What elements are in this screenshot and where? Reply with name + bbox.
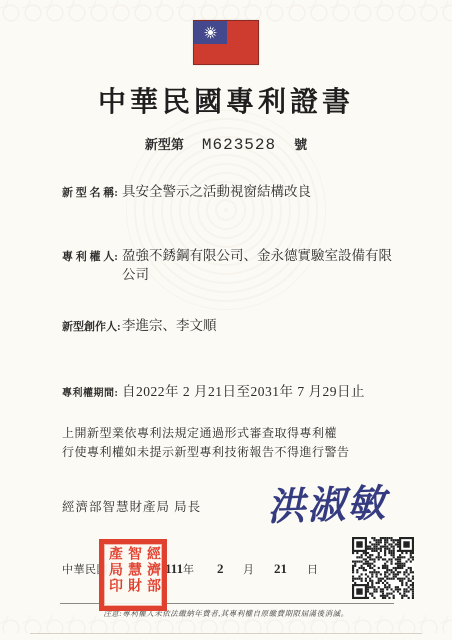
roc-flag-icon (193, 20, 259, 65)
patent-number-row: 新型第 M623528 號 (0, 134, 452, 154)
patent-number-suffix: 號 (294, 134, 307, 153)
field-patent-term: 專利權期間: 自2022年 2 月21日至2031年 7 月29日止 (62, 382, 398, 401)
date-month: 2 (217, 561, 224, 577)
patent-number-prefix: 新型第 (145, 134, 184, 153)
qr-code-icon (352, 537, 414, 599)
date-year-unit: 年 (183, 561, 194, 577)
field-invention-name: 新 型 名 稱: 具安全警示之活動視窗結構改良 (62, 182, 398, 201)
patent-certificate-page: { "certificate": { "title": "中華民國專利證書", … (0, 0, 452, 640)
legal-statement: 上開新型業依專利法規定通過形式審查取得專利權 行使專利權如未提示新型專利技術報告… (62, 424, 402, 462)
field-label: 新 型 名 稱: (62, 182, 122, 201)
field-label: 新型創作人: (62, 316, 122, 335)
field-value: 盈強不銹鋼有限公司、金永德實驗室設備有限公司 (122, 246, 398, 284)
field-patentee: 專 利 權 人: 盈強不銹鋼有限公司、金永德實驗室設備有限公司 (62, 246, 398, 284)
date-month-unit: 月 (243, 561, 254, 577)
seal-column-middle: 智慧財 (126, 546, 140, 604)
patent-number: M623528 (202, 136, 276, 154)
field-value: 自2022年 2 月21日至2031年 7 月29日止 (122, 382, 365, 401)
legal-line-2: 行使專利權如未提示新型專利技術報告不得進行警告 (62, 443, 402, 462)
date-day: 21 (274, 561, 287, 577)
certificate-title: 中華民國專利證書 (0, 80, 452, 120)
field-label: 專利權期間: (62, 382, 122, 401)
issuer-title: 經濟部智慧財產局 局長 (62, 497, 201, 515)
date-day-unit: 日 (307, 561, 318, 577)
field-value: 李進宗、李文順 (122, 316, 217, 335)
footer-note: 注意:專利權人未依法繳納年費者,其專利權自原繳費期限屆滿後消滅。 (0, 608, 452, 619)
director-general-signature: 洪淑敏 (251, 471, 403, 531)
field-label: 專 利 權 人: (62, 246, 122, 284)
field-value: 具安全警示之活動視窗結構改良 (122, 182, 311, 201)
date-year: 111 (165, 561, 183, 577)
ip-office-seal-icon: 經濟部 智慧財 產局印 (99, 539, 167, 611)
flag-canton (194, 21, 227, 44)
seal-column-left: 產局印 (107, 546, 121, 604)
field-creators: 新型創作人: 李進宗、李文順 (62, 316, 398, 335)
seal-column-right: 經濟部 (145, 546, 159, 604)
bottom-edge-line (30, 633, 422, 634)
sun-emblem-icon (202, 24, 219, 41)
legal-line-1: 上開新型業依專利法規定通過形式審查取得專利權 (62, 424, 402, 443)
